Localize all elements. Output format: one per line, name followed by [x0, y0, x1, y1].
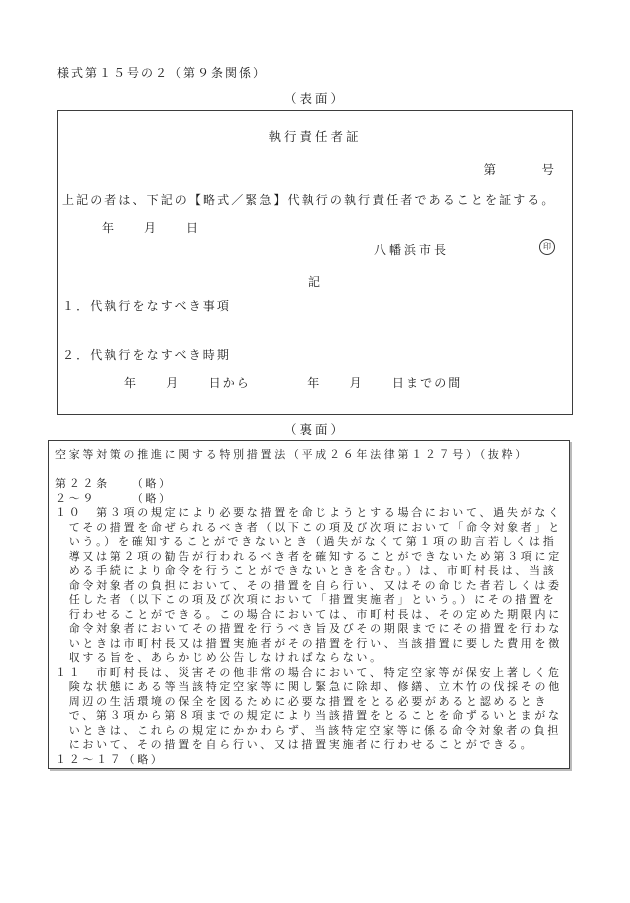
issue-date-line: 年 月 日 — [102, 219, 200, 236]
law-text-line: １２～１７（略） — [55, 753, 563, 768]
certificate-number-line: 第 号 — [483, 160, 556, 178]
back-law-excerpt-box: 空家等対策の推進に関する特別措置法（平成２６年法律第１２７号）（抜粋） 第２２条… — [48, 440, 570, 769]
ki-heading: 記 — [58, 273, 572, 290]
document-page: 様式第１５号の２（第９条関係） （表面） 執行責任者証 第 号 上記の者は、下記… — [0, 0, 630, 903]
back-side-label: （裏面） — [0, 420, 630, 438]
front-certificate-box: 執行責任者証 第 号 上記の者は、下記の【略式／緊急】代執行の執行責任者であるこ… — [57, 110, 573, 415]
front-side-label: （表面） — [0, 89, 630, 107]
law-text-line: いときは市町村長又は措置実施者がその措置を行い、当該措置に要した費用を徴 — [55, 637, 563, 652]
law-text-line: める手続により命令を行うことができないときを含む。）は、市町村長は、当該 — [55, 564, 563, 579]
law-text-line: 険な状態にある等当該特定空家等に関し緊急に除却、修繕、立木竹の伐採その他 — [55, 680, 563, 695]
item-2-period-line: 年 月 日から 年 月 日までの間 — [124, 374, 462, 391]
law-text-line — [55, 463, 563, 478]
law-text-line: 命令対象者においてその措置を行うべき旨及びその期限までにその措置を行わな — [55, 622, 563, 637]
law-text-line: 導又は第２項の勧告が行われるべき者を確知することができないため第３項に定 — [55, 550, 563, 565]
law-text-line: で、第３項から第８項までの規定により当該措置をとることを命ずるいとまがな — [55, 709, 563, 724]
item-1-matters: １．代執行をなすべき事項 — [62, 297, 231, 314]
seal-mark: 印 — [539, 239, 555, 255]
law-text-line: てその措置を命ぜられるべき者（以下この項及び次項において「命令対象者」と — [55, 521, 563, 536]
law-text-line: 任した者（以下この項及び次項において「措置実施者」という。）にその措置を — [55, 593, 563, 608]
issuer-name: 八幡浜市長 — [374, 241, 449, 258]
law-title-line: 空家等対策の推進に関する特別措置法（平成２６年法律第１２７号）（抜粋） — [55, 448, 563, 463]
law-text-line: いう。）を確知することができないとき（過失がなくて第１項の助言若しくは指 — [55, 535, 563, 550]
law-text-line: １１ 市町村長は、災害その他非常の場合において、特定空家等が保安上著しく危 — [55, 666, 563, 681]
form-number-label: 様式第１５号の２（第９条関係） — [57, 64, 267, 81]
certificate-statement: 上記の者は、下記の【略式／緊急】代執行の執行責任者であることを証する。 — [62, 191, 556, 208]
item-2-timing: ２．代執行をなすべき時期 — [62, 346, 231, 363]
law-text-line: 行わせることができる。この場合においては、市町村長は、その定めた期限内に — [55, 608, 563, 623]
law-text-line: ２～９ （略） — [55, 492, 563, 507]
law-article-line: 第２２条 （略） — [55, 477, 563, 492]
law-text-line: いときは、これらの規定にかかわらず、当該特定空家等に係る命令対象者の負担 — [55, 724, 563, 739]
law-text-line: １０ 第３項の規定により必要な措置を命じようとする場合において、過失がなく — [55, 506, 563, 521]
law-text-line: において、その措置を自ら行い、又は措置実施者に行わせることができる。 — [55, 738, 563, 753]
law-text-line: 周辺の生活環境の保全を図るために必要な措置をとる必要があると認めるとき — [55, 695, 563, 710]
certificate-title: 執行責任者証 — [58, 127, 572, 145]
law-text-line: 収する旨を、あらかじめ公告しなければならない。 — [55, 651, 563, 666]
law-text-line: 命令対象者の負担において、その措置を自ら行い、又はその命じた者若しくは委 — [55, 579, 563, 594]
